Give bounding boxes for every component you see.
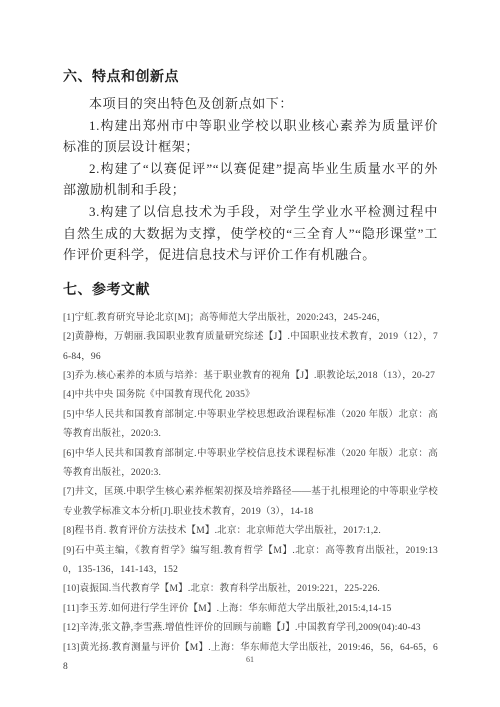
- features-paragraph-3: 3.构建了以信息技术为手段，对学生学业水平检测过程中自然生成的大数据为支撑，使学…: [63, 201, 438, 266]
- reference-item-1: [1]宁虹.教育研究导论北京[M]；高等师范大学出版社，2020:243，245…: [63, 309, 438, 328]
- reference-item-3: [3]乔为.核心素养的本质与培养：基于职业教育的视角【J】.职教论坛,2018（…: [63, 367, 438, 386]
- reference-item-4: [4]中共中央 国务院《中国教育现代化 2035》: [63, 386, 438, 405]
- section-heading-features: 六、特点和创新点: [63, 66, 438, 86]
- reference-item-8: [8]程书肖. 教育评价方法技术【M】.北京：北京师范大学出版社，2017:1,…: [63, 522, 438, 541]
- page-content: 六、特点和创新点 本项目的突出特色及创新点如下： 1.构建出郑州市中等职业学校以…: [63, 66, 438, 677]
- features-paragraph-1: 1.构建出郑州市中等职业学校以职业核心素养为质量评价标准的顶层设计框架；: [63, 115, 438, 158]
- section-heading-references: 七、参考文献: [63, 279, 438, 299]
- features-paragraphs: 本项目的突出特色及创新点如下： 1.构建出郑州市中等职业学校以职业核心素养为质量…: [63, 93, 438, 266]
- page-number: 61: [0, 655, 500, 664]
- references-list: [1]宁虹.教育研究导论北京[M]；高等师范大学出版社，2020:243，245…: [63, 309, 438, 678]
- document-page: 六、特点和创新点 本项目的突出特色及创新点如下： 1.构建出郑州市中等职业学校以…: [0, 0, 500, 707]
- reference-item-10: [10]袁振国.当代教育学【M】.北京：教育科学出版社，2019:221，225…: [63, 580, 438, 599]
- features-paragraph-2: 2.构建了“以赛促评”“以赛促建”提高毕业生质量水平的外部激励机制和手段；: [63, 158, 438, 201]
- reference-item-5: [5]中华人民共和国教育部制定.中等职业学校思想政治课程标准（2020 年版）北…: [63, 406, 438, 445]
- features-paragraph-intro: 本项目的突出特色及创新点如下：: [63, 93, 438, 115]
- reference-item-11: [11]李玉芳.如何进行学生评价【M】.上海：华东师范大学出版社,2015:4,…: [63, 600, 438, 619]
- reference-item-9: [9]石中英主编，《教育哲学》编写组.教育哲学【M】.北京：高等教育出版社，20…: [63, 542, 438, 581]
- reference-item-6: [6]中华人民共和国教育部制定.中等职业学校信息技术课程标准（2020 年版）北…: [63, 445, 438, 484]
- reference-item-2: [2]黄静梅，万朝丽.我国职业教育质量研究综述【J】.中国职业技术教育，2019…: [63, 328, 438, 367]
- reference-item-7: [7]井文，匡瑛.中职学生核心素养框架初探及培养路径——基于扎根理论的中等职业学…: [63, 483, 438, 522]
- reference-item-12: [12]辛涛,张文静,李雪燕.增值性评价的回顾与前瞻【J】.中国教育学刊,200…: [63, 619, 438, 638]
